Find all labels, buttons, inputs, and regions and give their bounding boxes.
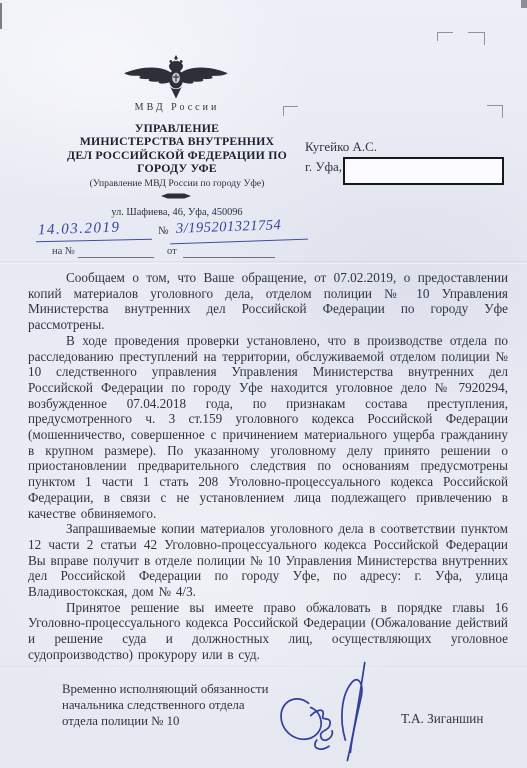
addressee-name: Кугейко А.С.	[305, 139, 377, 155]
handwritten-signature-icon	[276, 656, 378, 768]
paper-crease	[0, 666, 527, 669]
corner-mark	[487, 105, 503, 118]
signer-position-line: начальника следственного отдела	[62, 697, 307, 713]
header-flourish	[161, 193, 191, 199]
scan-edge-artifact	[0, 3, 2, 29]
handwritten-date: 14.03.2019	[38, 220, 121, 240]
reply-from-blank	[183, 246, 275, 258]
redacted-address-box	[343, 157, 504, 185]
body-paragraph: Сообщаем о том, что Ваше обращение, от 0…	[28, 270, 508, 333]
addressee-city: г. Уфа,	[305, 159, 342, 175]
letter-body: Сообщаем о том, что Ваше обращение, от 0…	[28, 270, 508, 663]
corner-mark	[437, 32, 453, 41]
number-sign: №	[158, 225, 169, 237]
reply-to-label: на №	[52, 246, 75, 257]
corner-mark	[468, 32, 485, 45]
scanned-letter-page: МВД России УПРАВЛЕНИЕ МИНИСТЕРСТВА ВНУТР…	[0, 0, 527, 768]
body-paragraph: Принятое решение вы имеете право обжалов…	[28, 600, 508, 663]
signer-position-block: Временно исполняющий обязанности начальн…	[62, 681, 307, 730]
org-name-line: ГОРОДУ УФЕ	[33, 162, 321, 175]
corner-mark	[283, 106, 298, 116]
reply-to-blank	[78, 246, 154, 258]
reply-from-label: от	[167, 246, 177, 257]
signer-position-line: Временно исполняющий обязанности	[62, 681, 307, 697]
org-short-name: (Управление МВД России по городу Уфе)	[33, 178, 321, 189]
org-name-line: ДЕЛ РОССИЙСКОЙ ФЕДЕРАЦИИ ПО	[33, 149, 321, 162]
org-name-block: УПРАВЛЕНИЕ МИНИСТЕРСТВА ВНУТРЕННИХ ДЕЛ Р…	[33, 122, 321, 176]
signer-name: Т.А. Зиганшин	[401, 711, 483, 727]
body-paragraph: Запрашиваемые копии материалов уголовног…	[28, 521, 508, 600]
handwritten-outgoing-number: 3/195201321754	[176, 217, 282, 238]
org-name-line: МИНИСТЕРСТВА ВНУТРЕННИХ	[33, 135, 321, 148]
scan-edge-artifact	[521, 0, 527, 8]
signer-position-line: отдела полиции № 10	[62, 713, 307, 729]
ministry-label: МВД России	[33, 102, 321, 113]
number-underline	[170, 239, 308, 245]
mvd-double-headed-eagle-icon	[119, 54, 233, 105]
body-paragraph: В ходе проведения проверки установлено, …	[28, 333, 508, 521]
org-name-line: УПРАВЛЕНИЕ	[33, 122, 321, 135]
paper-crease	[0, 261, 527, 264]
date-underline	[36, 239, 152, 242]
